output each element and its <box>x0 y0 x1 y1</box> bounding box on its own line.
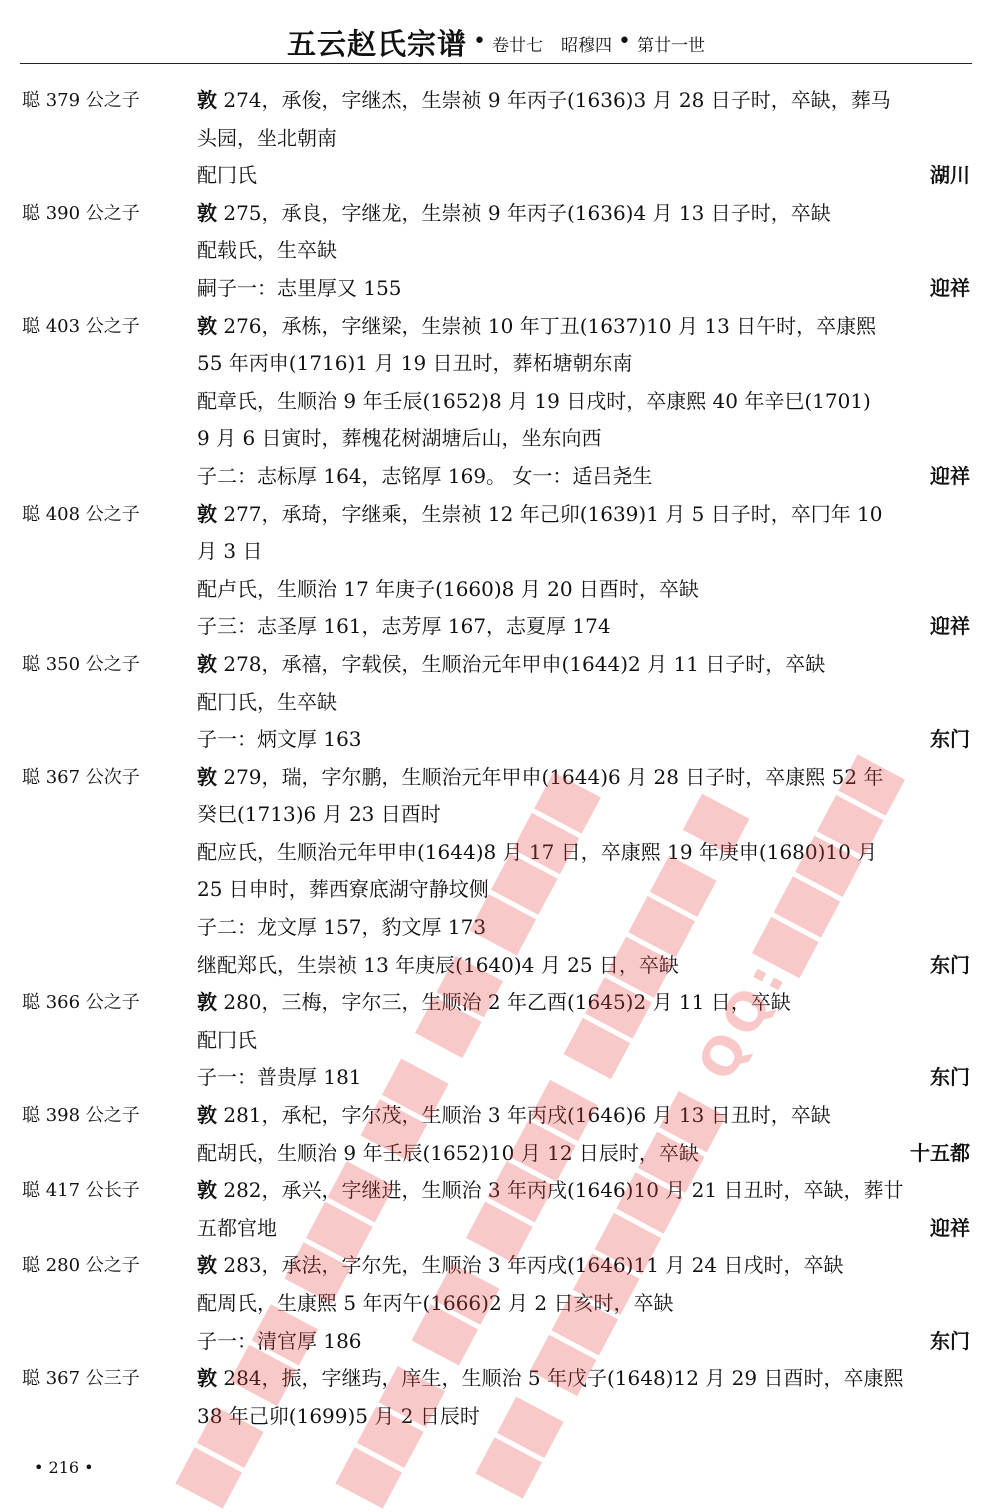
parent-reference: 聪 408 公之子 <box>22 496 140 534</box>
entry-body-text: 281，承杞，字尔茂，生顺治 3 年丙戌(1646)6 月 13 日丑时，卒缺 <box>217 1103 831 1127</box>
genealogy-entry: 聪 398 公之子敦 281，承杞，字尔茂，生顺治 3 年丙戌(1646)6 月… <box>0 1097 992 1172</box>
entry-line: 配冂氏 <box>0 1022 992 1060</box>
page-number: • 216 • <box>34 1458 94 1477</box>
parent-reference: 聪 366 公之子 <box>22 984 140 1022</box>
parent-reference: 聪 367 公次子 <box>22 759 140 797</box>
parent-reference: 聪 398 公之子 <box>22 1097 140 1135</box>
entry-body-text: 配冂氏 <box>197 1028 257 1052</box>
genealogy-entry: 聪 417 公长子敦 282，承兴，字继进，生顺治 3 年丙戌(1646)10 … <box>0 1172 992 1247</box>
entry-body-text: 25 日申时，葬西寮底湖守静坟侧 <box>197 877 489 901</box>
entry-body-text: 274，承俊，字继杰，生崇祯 9 年丙子(1636)3 月 28 日子时，卒缺，… <box>217 88 891 112</box>
generation-name-bold: 敦 <box>197 652 217 676</box>
entry-text: 五都官地 <box>197 1210 277 1248</box>
entry-text: 子二：志标厚 164，志铭厚 169。 女一：适吕尧生 <box>197 458 652 496</box>
entry-text: 敦 276，承栋，字继梁，生崇祯 10 年丁丑(1637)10 月 13 日午时… <box>197 308 876 346</box>
entry-text: 敦 280，三梅，字尔三，生顺治 2 年乙酉(1645)2 月 11 日，卒缺 <box>197 984 791 1022</box>
entry-line: 头园，坐北朝南 <box>0 120 992 158</box>
genealogy-entry: 聪 367 公三子敦 284，振，字继玙，庠生，生顺治 5 年戊子(1648)1… <box>0 1360 992 1435</box>
residence-place: 迎祥 <box>930 458 970 496</box>
genealogy-entry: 聪 379 公之子敦 274，承俊，字继杰，生崇祯 9 年丙子(1636)3 月… <box>0 82 992 195</box>
entry-text: 38 年己卯(1699)5 月 2 日辰时 <box>197 1398 480 1436</box>
entry-line: 聪 390 公之子敦 275，承良，字继龙，生崇祯 9 年丙子(1636)4 月… <box>0 195 992 233</box>
entry-text: 敦 274，承俊，字继杰，生崇祯 9 年丙子(1636)3 月 28 日子时，卒… <box>197 82 891 120</box>
entry-body-text: 278，承禧，字载侯，生顺治元年甲申(1644)2 月 11 日子时，卒缺 <box>217 652 825 676</box>
entry-body-text: 配卢氏，生顺治 17 年庚子(1660)8 月 20 日酉时，卒缺 <box>197 577 699 601</box>
entry-text: 敦 275，承良，字继龙，生崇祯 9 年丙子(1636)4 月 13 日子时，卒… <box>197 195 831 233</box>
generation-label: 第廿一世 <box>637 36 705 56</box>
entry-line: 聪 280 公之子敦 283，承法，字尔先，生顺治 3 年丙戌(1646)11 … <box>0 1247 992 1285</box>
generation-name-bold: 敦 <box>197 1178 217 1202</box>
entry-body-text: 284，振，字继玙，庠生，生顺治 5 年戊子(1648)12 月 29 日酉时，… <box>217 1366 903 1390</box>
generation-name-bold: 敦 <box>197 765 217 789</box>
entry-body-text: 配冂氏，生卒缺 <box>197 690 337 714</box>
generation-name-bold: 敦 <box>197 1366 217 1390</box>
generation-name-bold: 敦 <box>197 1103 217 1127</box>
parent-reference: 聪 350 公之子 <box>22 646 140 684</box>
entry-body-text: 279，瑞，字尔鹏，生顺治元年甲申(1644)6 月 28 日子时，卒康熙 52… <box>217 765 883 789</box>
entry-text: 头园，坐北朝南 <box>197 120 337 158</box>
separator-dot: • <box>473 29 486 54</box>
entry-body-text: 9 月 6 日寅时，葬槐花树湖塘后山，坐东向西 <box>197 426 602 450</box>
header-rule <box>20 63 972 64</box>
residence-place: 东门 <box>930 947 970 985</box>
genealogy-entries: 聪 379 公之子敦 274，承俊，字继杰，生崇祯 9 年丙子(1636)3 月… <box>0 82 992 1435</box>
entry-line: 聪 366 公之子敦 280，三梅，字尔三，生顺治 2 年乙酉(1645)2 月… <box>0 984 992 1022</box>
entry-line: 9 月 6 日寅时，葬槐花树湖塘后山，坐东向西 <box>0 420 992 458</box>
entry-body-text: 嗣子一：志里厚又 155 <box>197 276 402 300</box>
genealogy-entry: 聪 390 公之子敦 275，承良，字继龙，生崇祯 9 年丙子(1636)4 月… <box>0 195 992 308</box>
entry-line: 聪 350 公之子敦 278，承禧，字载侯，生顺治元年甲申(1644)2 月 1… <box>0 646 992 684</box>
entry-text: 配章氏，生顺治 9 年壬辰(1652)8 月 19 日戌时，卒康熙 40 年辛巳… <box>197 383 871 421</box>
entry-line: 聪 398 公之子敦 281，承杞，字尔茂，生顺治 3 年丙戌(1646)6 月… <box>0 1097 992 1135</box>
volume-label: 卷廿七 <box>492 36 543 56</box>
residence-place: 十五都 <box>910 1135 970 1173</box>
entry-text: 子一：普贵厚 181 <box>197 1059 362 1097</box>
entry-line: 配卢氏，生顺治 17 年庚子(1660)8 月 20 日酉时，卒缺 <box>0 571 992 609</box>
entry-line: 聪 367 公次子敦 279，瑞，字尔鹏，生顺治元年甲申(1644)6 月 28… <box>0 759 992 797</box>
entry-text: 月 3 日 <box>197 533 262 571</box>
entry-line: 癸巳(1713)6 月 23 日酉时 <box>0 796 992 834</box>
entry-body-text: 275，承良，字继龙，生崇祯 9 年丙子(1636)4 月 13 日子时，卒缺 <box>217 201 831 225</box>
entry-line: 聪 379 公之子敦 274，承俊，字继杰，生崇祯 9 年丙子(1636)3 月… <box>0 82 992 120</box>
generation-name-bold: 敦 <box>197 314 217 338</box>
generation-name-bold: 敦 <box>197 990 217 1014</box>
entry-body-text: 子一：炳文厚 163 <box>197 727 362 751</box>
entry-text: 敦 279，瑞，字尔鹏，生顺治元年甲申(1644)6 月 28 日子时，卒康熙 … <box>197 759 883 797</box>
genealogy-entry: 聪 280 公之子敦 283，承法，字尔先，生顺治 3 年丙戌(1646)11 … <box>0 1247 992 1360</box>
entry-line: 配载氏，生卒缺 <box>0 232 992 270</box>
entry-text: 配卢氏，生顺治 17 年庚子(1660)8 月 20 日酉时，卒缺 <box>197 571 699 609</box>
residence-place: 东门 <box>930 721 970 759</box>
entry-text: 敦 277，承琦，字继乘，生崇祯 12 年己卯(1639)1 月 5 日子时，卒… <box>197 496 883 534</box>
entry-line: 嗣子一：志里厚又 155迎祥 <box>0 270 992 308</box>
entry-text: 继配郑氏，生崇祯 13 年庚辰(1640)4 月 25 日，卒缺 <box>197 947 679 985</box>
entry-text: 子二：龙文厚 157，豹文厚 173 <box>197 909 486 947</box>
entry-line: 38 年己卯(1699)5 月 2 日辰时 <box>0 1398 992 1436</box>
book-title: 五云赵氏宗谱 <box>287 27 467 61</box>
generation-name-bold: 敦 <box>197 1253 217 1277</box>
separator-dot: • <box>618 29 631 54</box>
residence-place: 迎祥 <box>930 270 970 308</box>
entry-text: 55 年丙申(1716)1 月 19 日丑时，葬柘塘朝东南 <box>197 345 633 383</box>
entry-line: 配应氏，生顺治元年甲申(1644)8 月 17 日，卒康熙 19 年庚申(168… <box>0 834 992 872</box>
entry-line: 55 年丙申(1716)1 月 19 日丑时，葬柘塘朝东南 <box>0 345 992 383</box>
entry-text: 配应氏，生顺治元年甲申(1644)8 月 17 日，卒康熙 19 年庚申(168… <box>197 834 877 872</box>
entry-line: 配胡氏，生顺治 9 年壬辰(1652)10 月 12 日辰时，卒缺十五都 <box>0 1135 992 1173</box>
entry-text: 配冂氏，生卒缺 <box>197 684 337 722</box>
entry-body-text: 子一：清官厚 186 <box>197 1329 362 1353</box>
parent-reference: 聪 280 公之子 <box>22 1247 140 1285</box>
entry-text: 配胡氏，生顺治 9 年壬辰(1652)10 月 12 日辰时，卒缺 <box>197 1135 699 1173</box>
entry-body-text: 五都官地 <box>197 1216 277 1240</box>
entry-text: 敦 281，承杞，字尔茂，生顺治 3 年丙戌(1646)6 月 13 日丑时，卒… <box>197 1097 831 1135</box>
genealogy-entry: 聪 403 公之子敦 276，承栋，字继梁，生崇祯 10 年丁丑(1637)10… <box>0 308 992 496</box>
entry-line: 继配郑氏，生崇祯 13 年庚辰(1640)4 月 25 日，卒缺东门 <box>0 947 992 985</box>
entry-text: 子一：炳文厚 163 <box>197 721 362 759</box>
entry-line: 聪 367 公三子敦 284，振，字继玙，庠生，生顺治 5 年戊子(1648)1… <box>0 1360 992 1398</box>
entry-text: 敦 283，承法，字尔先，生顺治 3 年丙戌(1646)11 月 24 日戌时，… <box>197 1247 843 1285</box>
entry-body-text: 282，承兴，字继进，生顺治 3 年丙戌(1646)10 月 21 日丑时，卒缺… <box>217 1178 903 1202</box>
entry-line: 子二：龙文厚 157，豹文厚 173 <box>0 909 992 947</box>
entry-text: 子一：清官厚 186 <box>197 1323 362 1361</box>
entry-line: 配冂氏湖川 <box>0 157 992 195</box>
entry-line: 子一：清官厚 186东门 <box>0 1323 992 1361</box>
parent-reference: 聪 379 公之子 <box>22 82 140 120</box>
entry-line: 子三：志圣厚 161，志芳厚 167，志夏厚 174迎祥 <box>0 608 992 646</box>
parent-reference: 聪 403 公之子 <box>22 308 140 346</box>
generation-name-bold: 敦 <box>197 502 217 526</box>
entry-text: 配冂氏 <box>197 157 257 195</box>
entry-line: 聪 403 公之子敦 276，承栋，字继梁，生崇祯 10 年丁丑(1637)10… <box>0 308 992 346</box>
parent-reference: 聪 367 公三子 <box>22 1360 140 1398</box>
branch-label: 昭穆四 <box>561 36 612 56</box>
entry-text: 敦 278，承禧，字载侯，生顺治元年甲申(1644)2 月 11 日子时，卒缺 <box>197 646 825 684</box>
entry-text: 25 日申时，葬西寮底湖守静坟侧 <box>197 871 489 909</box>
entry-line: 聪 417 公长子敦 282，承兴，字继进，生顺治 3 年丙戌(1646)10 … <box>0 1172 992 1210</box>
entry-line: 聪 408 公之子敦 277，承琦，字继乘，生崇祯 12 年己卯(1639)1 … <box>0 496 992 534</box>
residence-place: 迎祥 <box>930 1210 970 1248</box>
parent-reference: 聪 390 公之子 <box>22 195 140 233</box>
genealogy-entry: 聪 366 公之子敦 280，三梅，字尔三，生顺治 2 年乙酉(1645)2 月… <box>0 984 992 1097</box>
entry-text: 敦 282，承兴，字继进，生顺治 3 年丙戌(1646)10 月 21 日丑时，… <box>197 1172 903 1210</box>
entry-body-text: 子一：普贵厚 181 <box>197 1065 362 1089</box>
residence-place: 迎祥 <box>930 608 970 646</box>
residence-place: 东门 <box>930 1059 970 1097</box>
entry-body-text: 子二：志标厚 164，志铭厚 169。 女一：适吕尧生 <box>197 464 652 488</box>
genealogy-entry: 聪 408 公之子敦 277，承琦，字继乘，生崇祯 12 年己卯(1639)1 … <box>0 496 992 646</box>
entry-body-text: 283，承法，字尔先，生顺治 3 年丙戌(1646)11 月 24 日戌时，卒缺 <box>217 1253 843 1277</box>
entry-body-text: 280，三梅，字尔三，生顺治 2 年乙酉(1645)2 月 11 日，卒缺 <box>217 990 791 1014</box>
entry-body-text: 月 3 日 <box>197 539 262 563</box>
entry-text: 9 月 6 日寅时，葬槐花树湖塘后山，坐东向西 <box>197 420 602 458</box>
entry-body-text: 头园，坐北朝南 <box>197 126 337 150</box>
entry-text: 敦 284，振，字继玙，庠生，生顺治 5 年戊子(1648)12 月 29 日酉… <box>197 1360 903 1398</box>
genealogy-entry: 聪 350 公之子敦 278，承禧，字载侯，生顺治元年甲申(1644)2 月 1… <box>0 646 992 759</box>
entry-body-text: 配胡氏，生顺治 9 年壬辰(1652)10 月 12 日辰时，卒缺 <box>197 1141 699 1165</box>
entry-text: 嗣子一：志里厚又 155 <box>197 270 402 308</box>
residence-place: 湖川 <box>930 157 970 195</box>
genealogy-entry: 聪 367 公次子敦 279，瑞，字尔鹏，生顺治元年甲申(1644)6 月 28… <box>0 759 992 985</box>
entry-line: 五都官地迎祥 <box>0 1210 992 1248</box>
entry-body-text: 配冂氏 <box>197 163 257 187</box>
entry-body-text: 配周氏，生康熙 5 年丙午(1666)2 月 2 日亥时，卒缺 <box>197 1291 673 1315</box>
entry-body-text: 子三：志圣厚 161，志芳厚 167，志夏厚 174 <box>197 614 611 638</box>
entry-text: 子三：志圣厚 161，志芳厚 167，志夏厚 174 <box>197 608 611 646</box>
entry-line: 配章氏，生顺治 9 年壬辰(1652)8 月 19 日戌时，卒康熙 40 年辛巳… <box>0 383 992 421</box>
parent-reference: 聪 417 公长子 <box>22 1172 140 1210</box>
entry-text: 配载氏，生卒缺 <box>197 232 337 270</box>
residence-place: 东门 <box>930 1323 970 1361</box>
entry-body-text: 276，承栋，字继梁，生崇祯 10 年丁丑(1637)10 月 13 日午时，卒… <box>217 314 876 338</box>
entry-body-text: 癸巳(1713)6 月 23 日酉时 <box>197 802 441 826</box>
entry-line: 配冂氏，生卒缺 <box>0 684 992 722</box>
page-header: 五云赵氏宗谱•卷廿七昭穆四•第廿一世 <box>0 22 992 64</box>
entry-body-text: 38 年己卯(1699)5 月 2 日辰时 <box>197 1404 480 1428</box>
entry-line: 月 3 日 <box>0 533 992 571</box>
entry-body-text: 配章氏，生顺治 9 年壬辰(1652)8 月 19 日戌时，卒康熙 40 年辛巳… <box>197 389 871 413</box>
entry-body-text: 配应氏，生顺治元年甲申(1644)8 月 17 日，卒康熙 19 年庚申(168… <box>197 840 877 864</box>
entry-line: 子一：炳文厚 163东门 <box>0 721 992 759</box>
entry-line: 25 日申时，葬西寮底湖守静坟侧 <box>0 871 992 909</box>
entry-line: 配周氏，生康熙 5 年丙午(1666)2 月 2 日亥时，卒缺 <box>0 1285 992 1323</box>
generation-name-bold: 敦 <box>197 201 217 225</box>
entry-line: 子一：普贵厚 181东门 <box>0 1059 992 1097</box>
entry-text: 癸巳(1713)6 月 23 日酉时 <box>197 796 441 834</box>
entry-text: 配周氏，生康熙 5 年丙午(1666)2 月 2 日亥时，卒缺 <box>197 1285 673 1323</box>
entry-body-text: 配载氏，生卒缺 <box>197 238 337 262</box>
entry-body-text: 277，承琦，字继乘，生崇祯 12 年己卯(1639)1 月 5 日子时，卒冂年… <box>217 502 883 526</box>
generation-name-bold: 敦 <box>197 88 217 112</box>
entry-line: 子二：志标厚 164，志铭厚 169。 女一：适吕尧生迎祥 <box>0 458 992 496</box>
entry-body-text: 子二：龙文厚 157，豹文厚 173 <box>197 915 486 939</box>
entry-body-text: 55 年丙申(1716)1 月 19 日丑时，葬柘塘朝东南 <box>197 351 633 375</box>
entry-text: 配冂氏 <box>197 1022 257 1060</box>
entry-body-text: 继配郑氏，生崇祯 13 年庚辰(1640)4 月 25 日，卒缺 <box>197 953 679 977</box>
